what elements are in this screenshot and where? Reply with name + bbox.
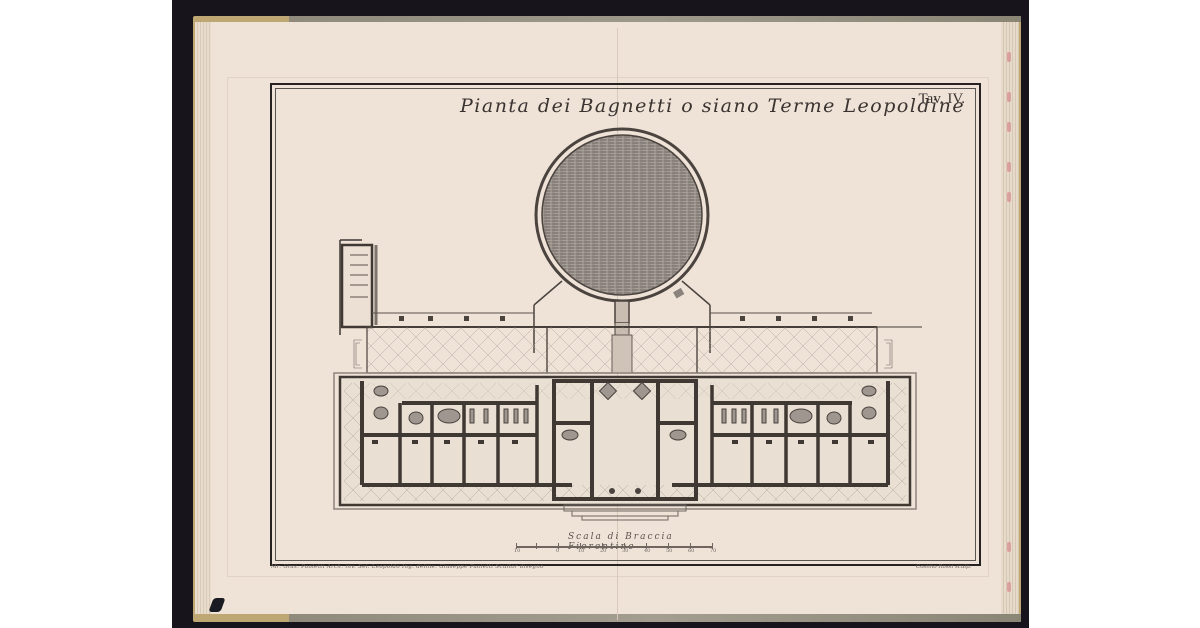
left-service-wing <box>340 240 376 335</box>
plate-frame: Pianta dei Bagnetti o siano Terme Leopol… <box>270 83 981 566</box>
floor-plan <box>272 85 979 564</box>
scale-line <box>516 546 712 548</box>
book-bottom-edge <box>289 614 1021 622</box>
scale-number: 70 <box>710 548 716 554</box>
red-edge-speckle <box>1007 162 1011 172</box>
page-stack-right <box>1001 22 1019 614</box>
book-volume: Pianta dei Bagnetti o siano Terme Leopol… <box>193 16 1021 622</box>
red-edge-speckle <box>1007 542 1011 552</box>
scale-tick <box>536 543 537 549</box>
red-edge-speckle <box>1007 92 1011 102</box>
credit-right: Cosimo Rossi sculp. <box>916 564 971 570</box>
red-edge-speckle <box>1007 52 1011 62</box>
scale-number: 10 <box>514 548 520 554</box>
portico <box>354 313 922 373</box>
scale-bar: Scala di Braccia Fiorentine 10 0 10 20 3… <box>516 532 736 562</box>
page-stack-left <box>195 22 211 614</box>
credit-left: Mr. Gius. Paoletti Arch. inv. Sel. Leopo… <box>271 564 544 570</box>
plate-page: Pianta dei Bagnetti o siano Terme Leopol… <box>211 22 1001 614</box>
scale-number: 40 <box>644 548 650 554</box>
scale-number: 10 <box>578 548 584 554</box>
reservoir <box>534 129 710 353</box>
front-steps <box>564 505 686 520</box>
scale-number: 50 <box>666 548 672 554</box>
scale-number: 60 <box>688 548 694 554</box>
main-building <box>334 373 916 509</box>
scale-number: 0 <box>556 548 559 554</box>
scale-number: 20 <box>600 548 606 554</box>
red-edge-speckle <box>1007 122 1011 132</box>
scale-number: 30 <box>622 548 628 554</box>
red-edge-speckle <box>1007 192 1011 202</box>
red-edge-speckle <box>1007 582 1011 592</box>
